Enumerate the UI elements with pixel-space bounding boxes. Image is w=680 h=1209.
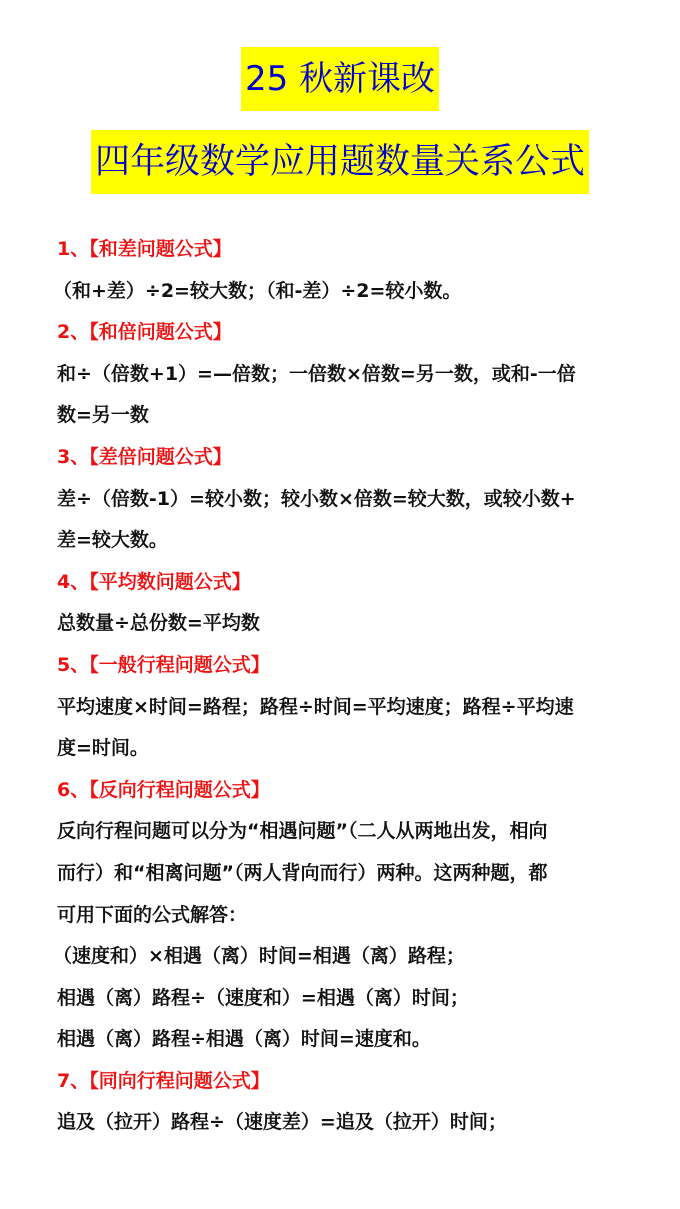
- title-line-2: 四年级数学应用题数量关系公式: [91, 130, 589, 194]
- formula-line: 反向行程问题可以分为“相遇问题”（二人从两地出发，相向: [57, 811, 629, 853]
- formula-line: （和+差）÷2=较大数；（和-差）÷2=较小数。: [53, 271, 629, 313]
- title-line-1: 25 秋新课改: [241, 47, 439, 111]
- section-heading: 3、【差倍问题公式】: [57, 437, 629, 479]
- formula-line: 度=时间。: [57, 728, 629, 770]
- section-3: 3、【差倍问题公式】 差÷（倍数-1）=较小数；较小数×倍数=较大数，或较小数+…: [57, 437, 629, 562]
- section-7: 7、【同向行程问题公式】 追及（拉开）路程÷（速度差）=追及（拉开）时间；: [57, 1061, 629, 1144]
- section-heading: 5、【一般行程问题公式】: [57, 645, 629, 687]
- formula-line: 追及（拉开）路程÷（速度差）=追及（拉开）时间；: [57, 1102, 629, 1144]
- formula-line: 和÷（倍数+1）=—倍数；一倍数×倍数=另一数，或和-一倍: [57, 354, 629, 396]
- formula-line: 总数量÷总份数=平均数: [57, 603, 629, 645]
- formula-line: 相遇（离）路程÷（速度和）=相遇（离）时间；: [57, 978, 629, 1020]
- section-heading: 4、【平均数问题公式】: [57, 562, 629, 604]
- formula-line: 平均速度×时间=路程；路程÷时间=平均速度；路程÷平均速: [57, 687, 629, 729]
- title-line-1-wrap: 25 秋新课改: [0, 47, 680, 111]
- section-heading: 2、【和倍问题公式】: [57, 312, 629, 354]
- formula-line: 可用下面的公式解答：: [57, 895, 629, 937]
- section-heading: 6、【反向行程问题公式】: [57, 770, 629, 812]
- section-heading: 7、【同向行程问题公式】: [57, 1061, 629, 1103]
- title-line-2-wrap: 四年级数学应用题数量关系公式: [0, 130, 680, 194]
- section-1: 1、【和差问题公式】 （和+差）÷2=较大数；（和-差）÷2=较小数。: [57, 229, 629, 312]
- section-6: 6、【反向行程问题公式】 反向行程问题可以分为“相遇问题”（二人从两地出发，相向…: [57, 770, 629, 1061]
- formula-line: 数=另一数: [57, 395, 629, 437]
- formula-line: 而行）和“相离问题”（两人背向而行）两种。这两种题，都: [57, 853, 629, 895]
- formula-line: 差÷（倍数-1）=较小数；较小数×倍数=较大数，或较小数+: [57, 479, 629, 521]
- formula-line: （速度和）×相遇（离）时间=相遇（离）路程；: [53, 936, 629, 978]
- formula-line: 差=较大数。: [57, 520, 629, 562]
- formula-list: 1、【和差问题公式】 （和+差）÷2=较大数；（和-差）÷2=较小数。 2、【和…: [57, 229, 629, 1144]
- section-heading: 1、【和差问题公式】: [57, 229, 629, 271]
- formula-line: 相遇（离）路程÷相遇（离）时间=速度和。: [57, 1019, 629, 1061]
- section-5: 5、【一般行程问题公式】 平均速度×时间=路程；路程÷时间=平均速度；路程÷平均…: [57, 645, 629, 770]
- section-4: 4、【平均数问题公式】 总数量÷总份数=平均数: [57, 562, 629, 645]
- section-2: 2、【和倍问题公式】 和÷（倍数+1）=—倍数；一倍数×倍数=另一数，或和-一倍…: [57, 312, 629, 437]
